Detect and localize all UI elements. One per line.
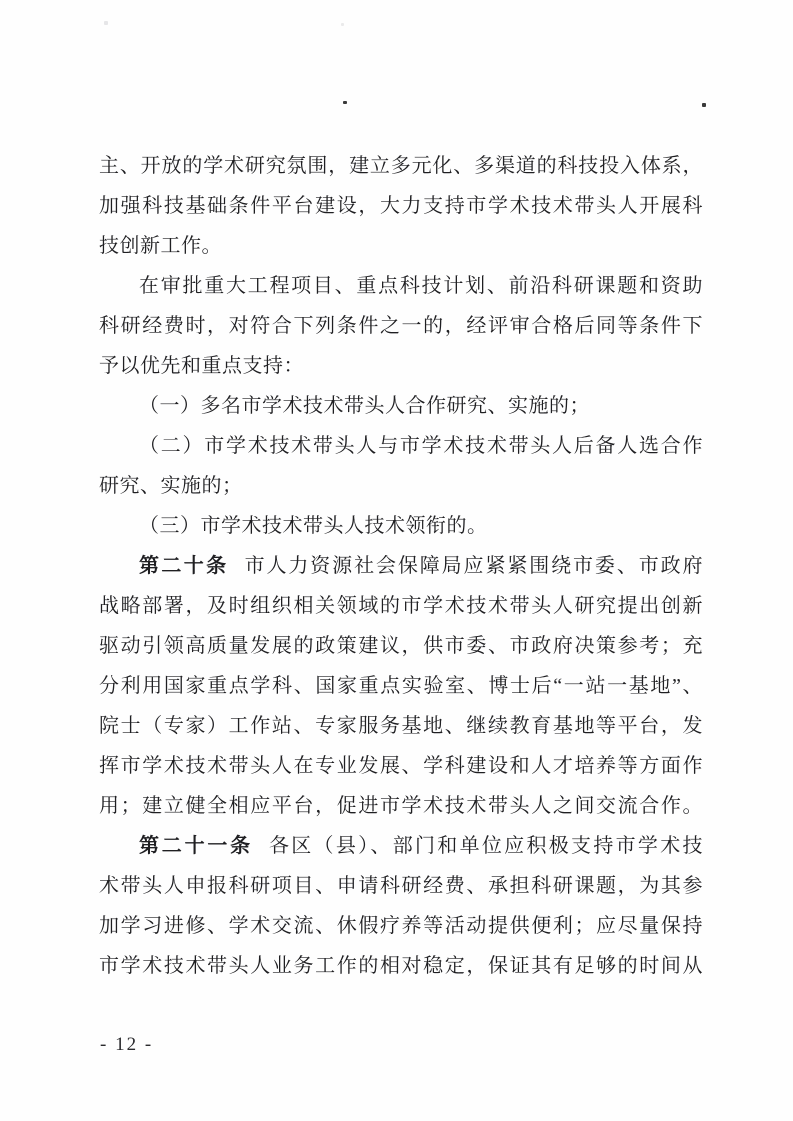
text-line: 第二十一条各区（县）、部门和单位应积极支持市学术技 <box>99 826 703 866</box>
scan-speck <box>341 23 344 26</box>
text-line: 分利用国家重点学科、国家重点实验室、博士后“一站一基地”、 <box>99 666 703 706</box>
text-line: 院士（专家）工作站、专家服务基地、继续教育基地等平台，发 <box>99 706 703 746</box>
article-20-heading: 第二十条 <box>139 555 229 577</box>
text-line: （二）市学术技术带头人与市学术技术带头人后备人选合作 <box>99 426 703 466</box>
scan-speck <box>702 103 706 107</box>
document-page: 主、开放的学术研究氛围，建立多元化、多渠道的科技投入体系， 加强科技基础条件平台… <box>0 0 793 1121</box>
text-line: 在审批重大工程项目、重点科技计划、前沿科研课题和资助 <box>99 266 703 306</box>
text-line: 战略部署，及时组织相关领域的市学术技术带头人研究提出创新 <box>99 586 703 626</box>
page-number: - 12 - <box>100 1034 153 1056</box>
text-line: 加强科技基础条件平台建设，大力支持市学术技术带头人开展科 <box>99 186 703 226</box>
text-line: 市学术技术带头人业务工作的相对稳定，保证其有足够的时间从 <box>99 946 703 986</box>
text-line: 主、开放的学术研究氛围，建立多元化、多渠道的科技投入体系， <box>99 146 703 186</box>
text-line: 予以优先和重点支持： <box>99 346 703 386</box>
text-line: 研究、实施的； <box>99 466 703 506</box>
text-line: （三）市学术技术带头人技术领衔的。 <box>99 506 703 546</box>
article-21-body: 各区（县）、部门和单位应积极支持市学术技 <box>269 835 703 857</box>
text-line: 术带头人申报科研项目、申请科研经费、承担科研课题，为其参 <box>99 866 703 906</box>
scan-speck <box>343 101 347 104</box>
article-20-body: 市人力资源社会保障局应紧紧围绕市委、市政府 <box>245 555 703 577</box>
scan-speck <box>104 21 108 25</box>
document-body: 主、开放的学术研究氛围，建立多元化、多渠道的科技投入体系， 加强科技基础条件平台… <box>99 146 703 986</box>
text-line: 驱动引领高质量发展的政策建议，供市委、市政府决策参考；充 <box>99 626 703 666</box>
text-line: 挥市学术技术带头人在专业发展、学科建设和人才培养等方面作 <box>99 746 703 786</box>
text-line: 加学习进修、学术交流、休假疗养等活动提供便利；应尽量保持 <box>99 906 703 946</box>
text-line: 科研经费时，对符合下列条件之一的，经评审合格后同等条件下 <box>99 306 703 346</box>
text-line: 技创新工作。 <box>99 226 703 266</box>
article-21-heading: 第二十一条 <box>139 835 253 857</box>
text-line: （一）多名市学术技术带头人合作研究、实施的； <box>99 386 703 426</box>
text-line: 第二十条市人力资源社会保障局应紧紧围绕市委、市政府 <box>99 546 703 586</box>
text-line: 用；建立健全相应平台，促进市学术技术带头人之间交流合作。 <box>99 786 703 826</box>
